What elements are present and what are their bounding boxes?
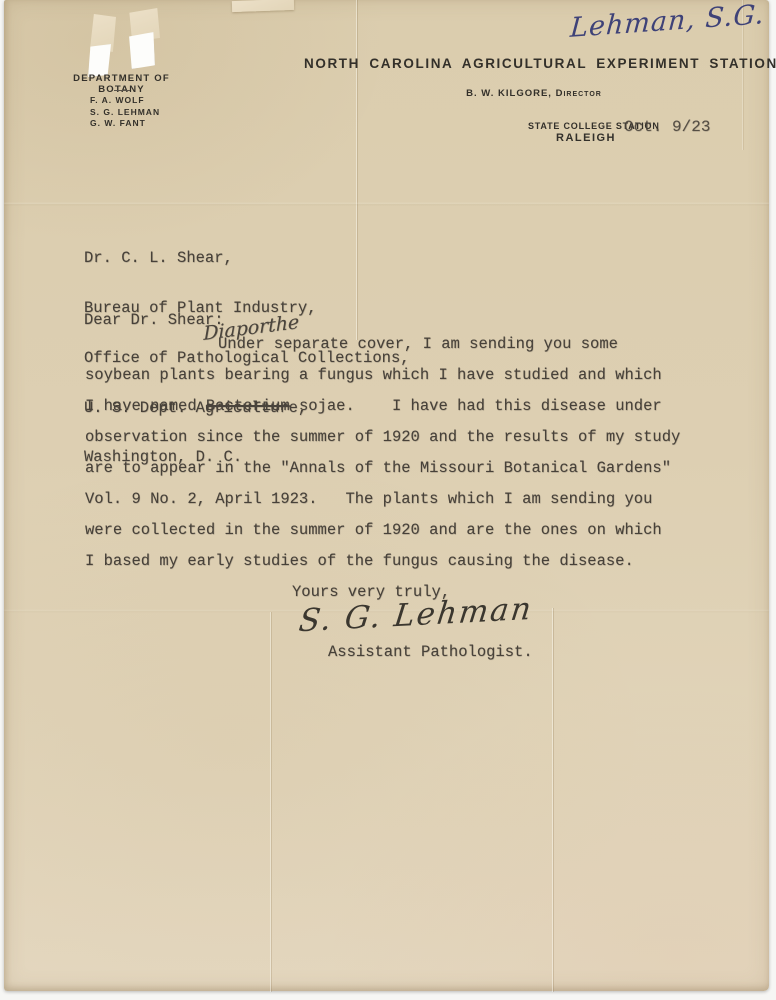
staff-name: S. G. LEHMAN bbox=[90, 107, 160, 119]
recipient-line: Dr. C. L. Shear, bbox=[84, 250, 410, 267]
signer-title: Assistant Pathologist. bbox=[328, 643, 533, 661]
staff-name: G. W. FANT bbox=[90, 118, 160, 130]
body-text: I have named bbox=[85, 397, 206, 415]
letter-sheet: DEPARTMENT OF BOTANY F. A. WOLF S. G. LE… bbox=[4, 0, 769, 991]
body-line: observation since the summer of 1920 and… bbox=[85, 428, 725, 459]
letter-body: Under separate cover, I am sending you s… bbox=[85, 335, 725, 583]
fold-crease-bottom-mid-vertical bbox=[552, 608, 555, 992]
letterhead-divider bbox=[114, 90, 130, 91]
fold-crease-bottom-left-vertical bbox=[270, 612, 273, 992]
body-line: Under separate cover, I am sending you s… bbox=[85, 335, 725, 366]
struck-out-word: Bacterium bbox=[206, 397, 290, 415]
body-line-with-correction: I have named Bacterium sojae. I have had… bbox=[85, 397, 725, 428]
body-text: sojae. I have had this disease under bbox=[290, 397, 662, 415]
handwritten-archival-name: Lehman, S.G. bbox=[569, 0, 766, 44]
body-line: I based my early studies of the fungus c… bbox=[85, 552, 725, 583]
letterhead-station-title: NORTH CAROLINA AGRICULTURAL EXPERIMENT S… bbox=[304, 56, 744, 71]
typed-date: Oct. 9/23 bbox=[624, 118, 710, 136]
body-line: were collected in the summer of 1920 and… bbox=[85, 521, 725, 552]
torn-patch-right bbox=[128, 32, 155, 69]
fold-crease-upper-horizontal bbox=[4, 203, 769, 206]
letterhead-staff-list: F. A. WOLF S. G. LEHMAN G. W. FANT bbox=[90, 95, 160, 130]
letterhead-department: DEPARTMENT OF BOTANY bbox=[54, 73, 189, 95]
body-line: soybean plants bearing a fungus which I … bbox=[85, 366, 725, 397]
letterhead-director: B. W. KILGORE, Director bbox=[314, 88, 754, 99]
tape-remnant-top-edge bbox=[232, 0, 294, 12]
body-line: are to appear in the "Annals of the Miss… bbox=[85, 459, 725, 490]
staff-name: F. A. WOLF bbox=[90, 95, 160, 107]
body-line: Vol. 9 No. 2, April 1923. The plants whi… bbox=[85, 490, 725, 521]
